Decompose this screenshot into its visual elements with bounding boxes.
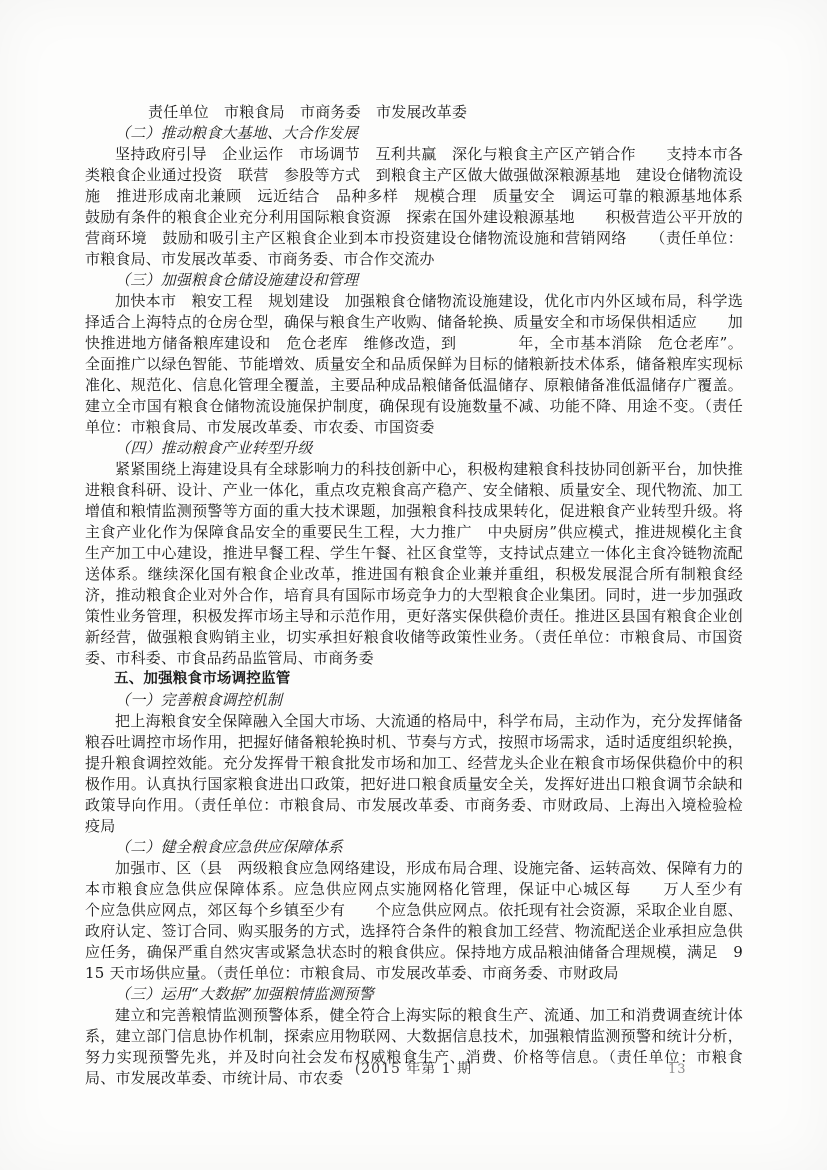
paragraph-industry-upgrade: 紧紧围绕上海建设具有全球影响力的科技创新中心，积极构建粮食科技协同创新平台，加快… bbox=[85, 459, 743, 669]
section-heading-3: （三）加强粮食仓储设施建设和管理 bbox=[85, 270, 743, 291]
section-heading-5-1: （一）完善粮食调控机制 bbox=[85, 690, 743, 711]
section-heading-5-2: （二）健全粮食应急供应保障体系 bbox=[85, 837, 743, 858]
section-heading-4: （四）推动粮食产业转型升级 bbox=[85, 438, 743, 459]
footer-issue-label: (2015 年第 1 期 bbox=[0, 1058, 827, 1078]
footer-page-number: 13 bbox=[668, 1062, 687, 1077]
chapter-heading-5: 五、加强粮食市场调控监管 bbox=[85, 669, 743, 690]
paragraph-market-regulation: 把上海粮食安全保障融入全国大市场、大流通的格局中，科学布局，主动作为，充分发挥储… bbox=[85, 711, 743, 837]
paragraph-storage-management: 加快本市 粮安工程 规划建设 加强粮食仓储物流设施建设，优化市内外区域布局，科学… bbox=[85, 291, 743, 438]
continuation-line: 责任单位 市粮食局 市商务委 市发展改革委 bbox=[85, 102, 743, 123]
document-body: 责任单位 市粮食局 市商务委 市发展改革委 （二）推动粮食大基地、大合作发展 坚… bbox=[85, 102, 743, 1089]
paragraph-emergency-supply: 加强市、区（县 两级粮食应急网络建设，形成布局合理、设施完备、运转高效、保障有力… bbox=[85, 858, 743, 984]
section-heading-5-3: （三）运用“大数据”加强粮情监测预警 bbox=[85, 984, 743, 1005]
paragraph-bases-cooperation: 坚持政府引导 企业运作 市场调节 互利共赢 深化与粮食主产区产销合作 支持本市各… bbox=[85, 144, 743, 270]
document-page: 责任单位 市粮食局 市商务委 市发展改革委 （二）推动粮食大基地、大合作发展 坚… bbox=[0, 0, 827, 1170]
section-heading-2: （二）推动粮食大基地、大合作发展 bbox=[85, 123, 743, 144]
